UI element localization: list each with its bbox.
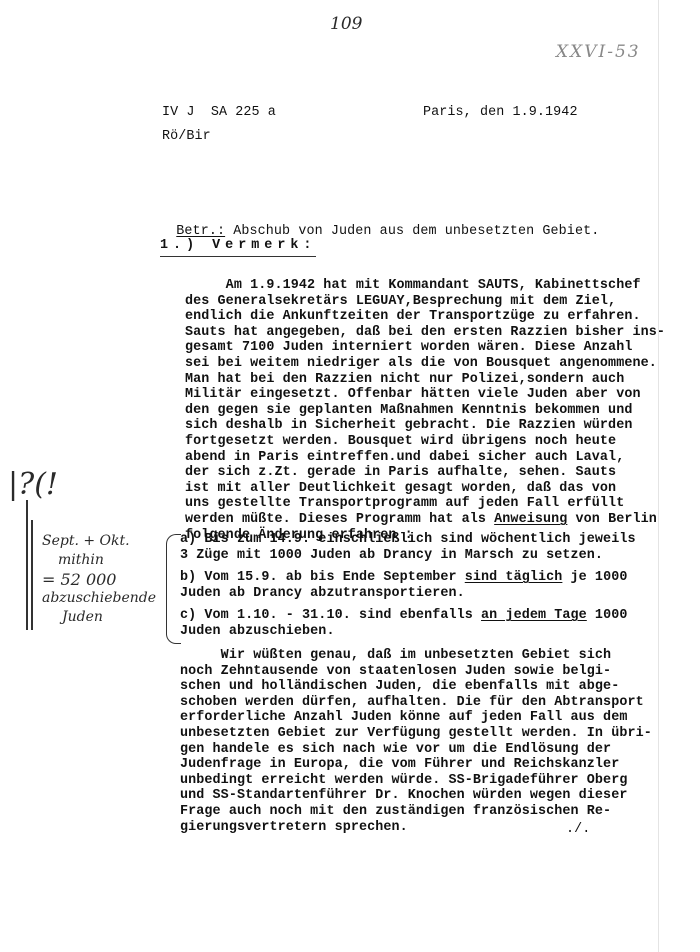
text-line: 3 Züge mit 1000 Juden ab Drancy in Marsc… — [180, 548, 636, 564]
text-fragment: 1000 — [587, 608, 628, 623]
section-heading: 1.) Vermerk: — [160, 238, 316, 257]
text-line: c) Vom 1.10. - 31.10. sind ebenfalls an … — [180, 608, 627, 624]
text-line: unbesetzten Gebiet zur Verfügung gestell… — [180, 726, 652, 742]
text-fragment: b) Vom 15.9. ab bis Ende September — [180, 570, 465, 585]
margin-bar — [26, 500, 28, 630]
text-line: den gegen sie geplanten Maßnahmen Kenntn… — [185, 403, 665, 419]
text-line: Frage auch noch mit den zuständigen fran… — [180, 804, 652, 820]
list-a: a) Bis zum 14.9. einschließlich sind wöc… — [180, 532, 636, 563]
text-line: erforderliche Anzahl Juden könne auf jed… — [180, 710, 652, 726]
text-line: und SS-Standartenführer Dr. Knochen würd… — [180, 788, 652, 804]
text-line: a) Bis zum 14.9. einschließlich sind wöc… — [180, 532, 636, 548]
note-line: Sept. + Okt. — [42, 532, 156, 551]
text-line: Man hat bei den Razzien nicht nur Polize… — [185, 372, 665, 388]
text-line: der sich z.Zt. gerade in Paris aufhalte,… — [185, 465, 665, 481]
underlined-word: Anweisung — [494, 512, 567, 527]
text-line: des Generalsekretärs LEGUAY,Besprechung … — [185, 294, 665, 310]
list-c: c) Vom 1.10. - 31.10. sind ebenfalls an … — [180, 608, 627, 639]
continuation-mark: ./. — [566, 822, 590, 838]
place-date: Paris, den 1.9.1942 — [423, 105, 578, 121]
list-b: b) Vom 15.9. ab bis Ende September sind … — [180, 570, 627, 601]
handwritten-page-number: 109 — [330, 14, 362, 34]
text-line: abend in Paris eintreffen.und dabei sich… — [185, 450, 665, 466]
underlined-phrase: an jedem Tage — [481, 608, 587, 623]
note-line: mithin — [42, 551, 156, 570]
text-line: Sauts hat angegeben, daß bei den ersten … — [185, 325, 665, 341]
margin-note: Sept. + Okt. mithin = 52 000 abzuschiebe… — [42, 532, 156, 627]
text-line: gesamt 7100 Juden interniert worden wäre… — [185, 340, 665, 356]
text-fragment: von Berlin — [567, 512, 657, 527]
text-fragment: je 1000 — [562, 570, 627, 585]
text-line: Militär eingesetzt. Offenbar hätten viel… — [185, 387, 665, 403]
text-line: endlich die Ankunftzeiten der Transportz… — [185, 309, 665, 325]
text-line: ist mit aller Deutlichkeit gesagt worden… — [185, 481, 665, 497]
text-line: uns gestellte Transportprogramm auf jede… — [185, 496, 665, 512]
paragraph-1: Am 1.9.1942 hat mit Kommandant SAUTS, Ka… — [185, 278, 665, 543]
text-line: schen und holländischen Juden, die ebenf… — [180, 679, 652, 695]
text-line: Juden ab Drancy abzutransportieren. — [180, 586, 627, 602]
text-line: gen handele es sich nach wie vor um die … — [180, 742, 652, 758]
text-line: fortgesetzt werden. Bousquet wird übrige… — [185, 434, 665, 450]
text-line: Wir wüßten genau, daß im unbesetzten Geb… — [180, 648, 652, 664]
note-line: = 52 000 — [42, 570, 156, 589]
margin-bar — [31, 520, 33, 630]
note-line: Juden — [42, 608, 156, 627]
archive-mark: XXVI-53 — [556, 42, 641, 62]
text-line: Judenfrage in Europa, die vom Führer und… — [180, 757, 652, 773]
underlined-phrase: sind täglich — [465, 570, 563, 585]
paragraph-2: Wir wüßten genau, daß im unbesetzten Geb… — [180, 648, 652, 835]
text-line: schoben werden dürfen, aufhalten. Die fü… — [180, 695, 652, 711]
reference-number: IV J SA 225 a — [162, 105, 276, 121]
text-line: b) Vom 15.9. ab bis Ende September sind … — [180, 570, 627, 586]
handwritten-brace — [166, 534, 181, 644]
text-line: noch Zehntausende von staatenlosen Juden… — [180, 664, 652, 680]
text-line: werden müßte. Dieses Programm hat als An… — [185, 512, 665, 528]
subject-text: Abschub von Juden aus dem unbesetzten Ge… — [225, 224, 599, 239]
subject-line: Betr.: Abschub von Juden aus dem unbeset… — [160, 208, 599, 239]
reference-initials: Rö/Bir — [162, 129, 211, 145]
text-line: Juden abzuschieben. — [180, 624, 627, 640]
subject-label: Betr.: — [176, 224, 225, 239]
margin-marks: |?(! — [8, 470, 58, 500]
text-line: sei bei weitem niedriger als die von Bou… — [185, 356, 665, 372]
text-line: Am 1.9.1942 hat mit Kommandant SAUTS, Ka… — [185, 278, 665, 294]
text-fragment: c) Vom 1.10. - 31.10. sind ebenfalls — [180, 608, 481, 623]
text-line: unbedingt erreicht werden würde. SS-Brig… — [180, 773, 652, 789]
text-line: sich deshalb in Sicherheit gebracht. Die… — [185, 418, 665, 434]
note-line: abzuschiebende — [42, 589, 156, 608]
text-fragment: werden müßte. Dieses Programm hat als — [185, 512, 494, 527]
